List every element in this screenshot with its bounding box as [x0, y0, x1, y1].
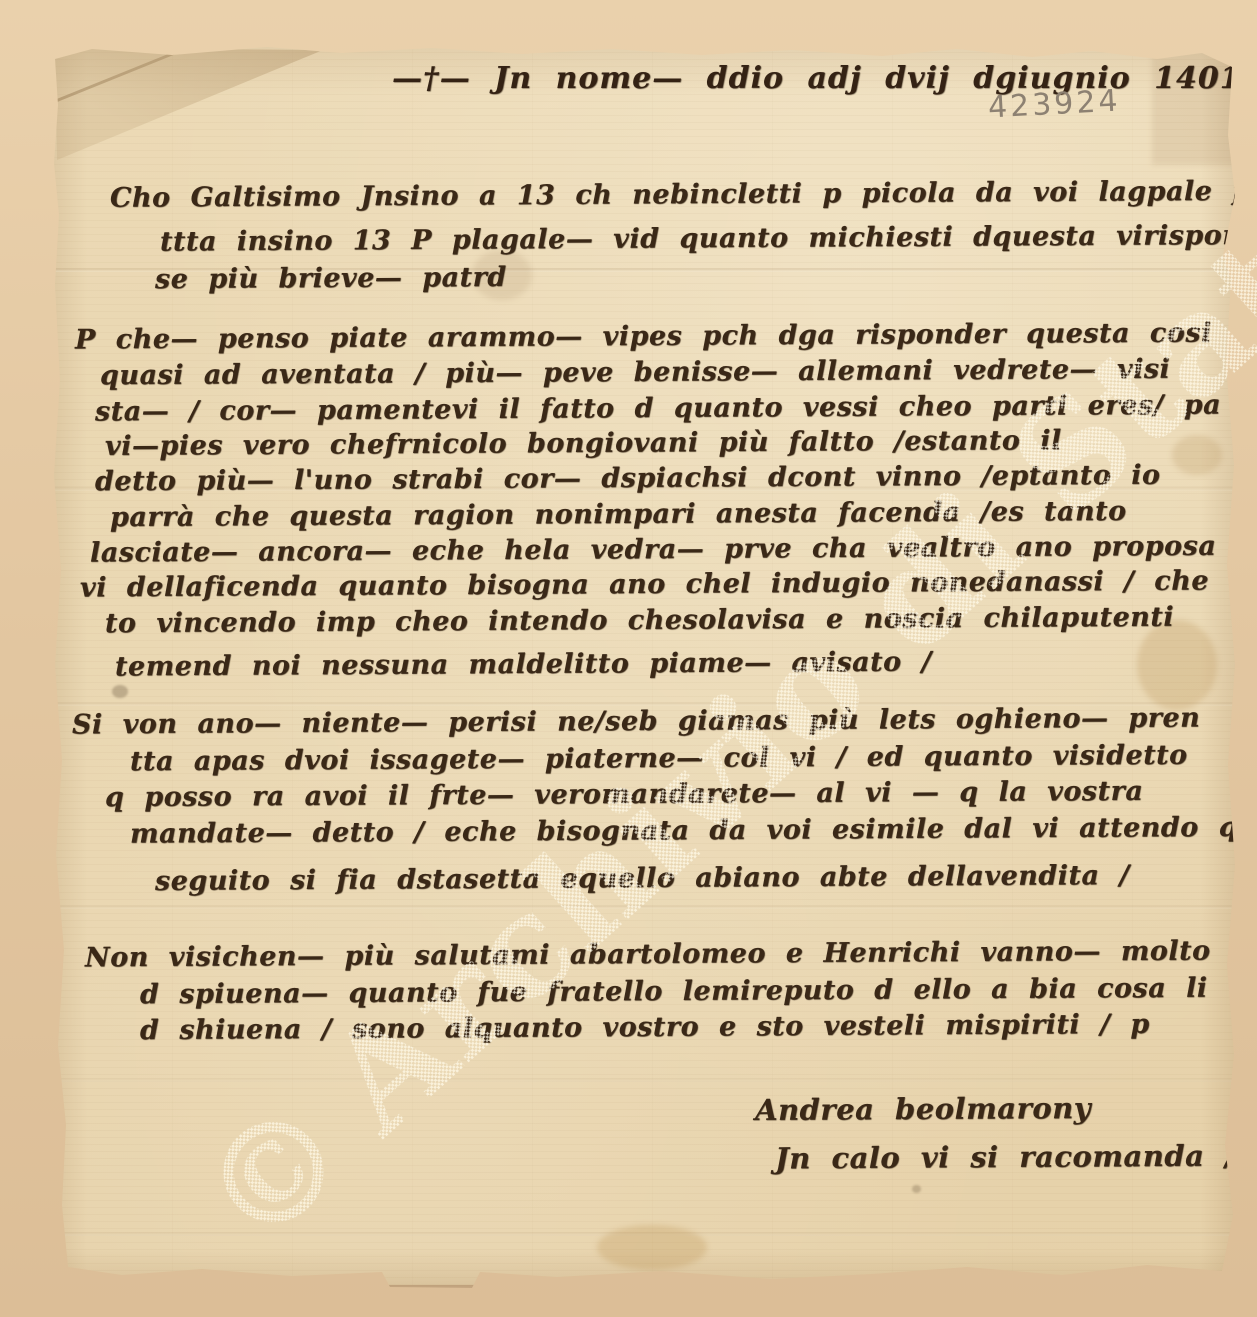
signature-line: Andrea beolmarony [755, 1091, 1091, 1127]
handwritten-line: d spiuena— quanto fue fratello lemireput… [140, 972, 1208, 1013]
fold-crease [52, 1078, 1236, 1082]
handwritten-line: mandate— detto / eche bisognata da voi e… [130, 810, 1257, 851]
fold-crease-line [51, 0, 317, 104]
manuscript-page: —†— Jn nome— ddio adj dvij dgiugnio 1401… [52, 45, 1236, 1285]
archive-number: 423924 [987, 84, 1121, 126]
handwritten-line: d shiuena / sono alquanto vostro e sto v… [140, 1008, 1150, 1048]
handwritten-line: q posso ra avoi il frte— veromandarete— … [105, 775, 1143, 815]
handwritten-line: temend noi nessuna maldelitto piame— avi… [115, 646, 932, 685]
stain [1172, 435, 1222, 475]
handwritten-line: ttta insino 13 P plagale— vid quanto mic… [160, 218, 1257, 259]
handwritten-line: vi dellaficenda quanto bisogna ano chel … [80, 565, 1209, 606]
handwritten-line: Cho Galtisimo Jnsino a 13 ch nebincletti… [110, 174, 1257, 215]
fold-crease [52, 905, 1236, 909]
handwritten-line: detto più— l'uno strabi cor— dspiachsi d… [95, 459, 1161, 500]
handwritten-line: se più brieve— patrd [155, 261, 507, 297]
handwritten-line: vi—pies vero chefrnicolo bongiovani più … [105, 424, 1062, 464]
handwritten-line: Si von ano— niente— perisi ne/seb giamas… [72, 702, 1200, 743]
manuscript-scan: —†— Jn nome— ddio adj dvij dgiugnio 1401… [0, 0, 1257, 1317]
handwritten-line: to vincendo imp cheo intendo chesolavisa… [105, 601, 1174, 642]
ink-speck [112, 685, 128, 698]
fold-crease [52, 1232, 1236, 1236]
handwritten-line: quasi ad aventata / più— peve benisse— a… [100, 353, 1170, 394]
handwritten-line: parrà che questa ragion nonimpari anesta… [110, 495, 1127, 535]
handwritten-line: P che— penso piate arammo— vipes pch dga… [75, 317, 1212, 358]
handwritten-line: Non visichen— più salutami abartolomeo e… [85, 935, 1211, 976]
ink-speck [912, 1185, 921, 1193]
stain [597, 1225, 707, 1270]
handwritten-line: tta apas dvoi issagete— piaterne— col vi… [130, 739, 1188, 779]
signature-line: Jn calo vi si racomanda / [775, 1139, 1236, 1176]
folded-corner [52, 45, 332, 170]
handwritten-line: seguito si fia dstasetta equello abiano … [155, 859, 1130, 899]
